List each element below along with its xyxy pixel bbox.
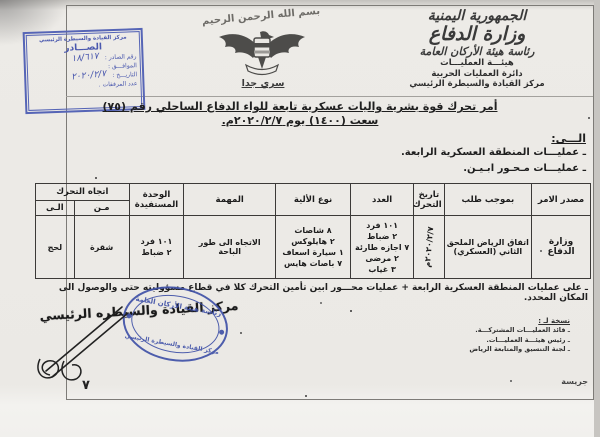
scanned-document-page: مركز القيادة والسيطرة الرئيسي الصـــادر … — [0, 0, 600, 437]
col-header-to: الـى — [36, 201, 75, 216]
stamp-attachments-label: عدد المرفقات . — [99, 79, 138, 89]
letterhead-operations-authority: هيئـــة العمليـــات — [368, 58, 586, 69]
table-row: وزارة الدفاع اتفاق الرياض الملحق الثاني … — [36, 216, 591, 279]
handwritten-signature: ٧ — [30, 297, 155, 401]
distribution-item: ـ لجنة التنسيق والمتابعة الرياض — [430, 345, 570, 355]
col-header-mission: المهمة — [184, 184, 275, 216]
distribution-list: نسخة لـ : ـ قائد العمليـــات المشتركـــة… — [430, 317, 570, 355]
cell-to: لحج — [36, 216, 75, 279]
classification-label: سري جدا — [228, 78, 298, 89]
cell-from: شقرة — [74, 216, 129, 279]
signature-mark: ٧ — [82, 378, 90, 393]
letterhead-command-center: مركز القيادة والسيطرة الرئيسي — [368, 79, 586, 90]
col-header-count: العدد — [351, 184, 414, 216]
cell-movement-date: ٢٠٢٠/٢/٧م — [414, 216, 444, 279]
distribution-label: نسخة لـ : — [430, 317, 570, 326]
outgoing-stamp-inner: مركز القيادة والسيطرة الرئيسي الصـــادر … — [26, 31, 143, 111]
addressee-item: ـ عمليـــات مـحـور ابـيـن. — [290, 161, 586, 177]
letterhead-war-ops-department: دائرة العمليات الحربية — [368, 69, 586, 80]
cell-count: ١٠١ فرد ٢ ضباط ٧ اجازه طارئة ٢ مرضى ٣ غي… — [351, 216, 414, 279]
col-header-benefiting-unit: الوحدة المستفيدة — [129, 184, 184, 216]
cell-per-request: اتفاق الرياض الملحق الثاني (العسكري) — [444, 216, 531, 279]
cell-order-source: وزارة الدفاع — [532, 216, 591, 279]
cell-movement-date-text: ٢٠٢٠/٢/٧م — [423, 226, 436, 268]
col-header-per-request: بموجب طلب — [444, 184, 531, 216]
typist-name: جريسة — [548, 377, 588, 386]
scan-noise-specks — [350, 310, 352, 312]
cell-mission: الاتجاه الى طور الباحة — [184, 216, 275, 279]
col-header-from: مـن — [74, 201, 129, 216]
col-header-movement-date: تاريخ التحرك — [414, 184, 444, 216]
cell-benefiting-unit: ١٠١ فرد ٢ ضباط — [129, 216, 184, 279]
distribution-item: ـ قائد العمليـــات المشتركـــة. — [430, 326, 570, 336]
letterhead-republic: الجمهورية اليمنية — [368, 9, 586, 24]
letterhead-general-staff: رئاسة هيئة الأركان العامة — [368, 45, 586, 58]
distribution-item: ـ رئيس هيئـــة العمليـــات. — [430, 336, 570, 346]
document-title-line1: أمر تحرك قوة بشرية واليات عسكرية تابعة ل… — [80, 100, 520, 114]
addressee-item: ـ عمليـــات المنطقة العسكرية الرابعة. — [290, 145, 586, 161]
letterhead-ministry: وزارة الدفاع — [368, 24, 586, 44]
movement-table: مصدر الامر بموجب طلب تاريخ التحرك العدد … — [35, 183, 591, 279]
col-header-vehicle-type: نوع الألية — [275, 184, 350, 216]
cell-vehicle-type: ٨ شاصات ٢ هايلوكس ١ سيارة اسعاف ٧ باصات … — [275, 216, 350, 279]
document-title-line2: سعت (١٤٠٠) يوم ٢٠٢٠/٢/٧م. — [80, 114, 520, 128]
yemen-eagle-emblem-icon — [216, 25, 308, 81]
col-header-order-source: مصدر الامر — [532, 184, 591, 216]
addressees-block: الـــى: ـ عمليـــات المنطقة العسكرية الر… — [290, 132, 586, 177]
scan-shadow-right — [594, 0, 600, 437]
oval-stamp-right-dot — [219, 329, 225, 335]
addressees-label: الـــى: — [290, 132, 586, 145]
letterhead: الجمهورية اليمنية وزارة الدفاع رئاسة هيئ… — [368, 9, 586, 90]
header-divider-line — [66, 96, 593, 97]
document-title: أمر تحرك قوة بشرية واليات عسكرية تابعة ل… — [80, 100, 520, 128]
col-header-movement-direction: اتجاه التحرك — [36, 184, 130, 201]
